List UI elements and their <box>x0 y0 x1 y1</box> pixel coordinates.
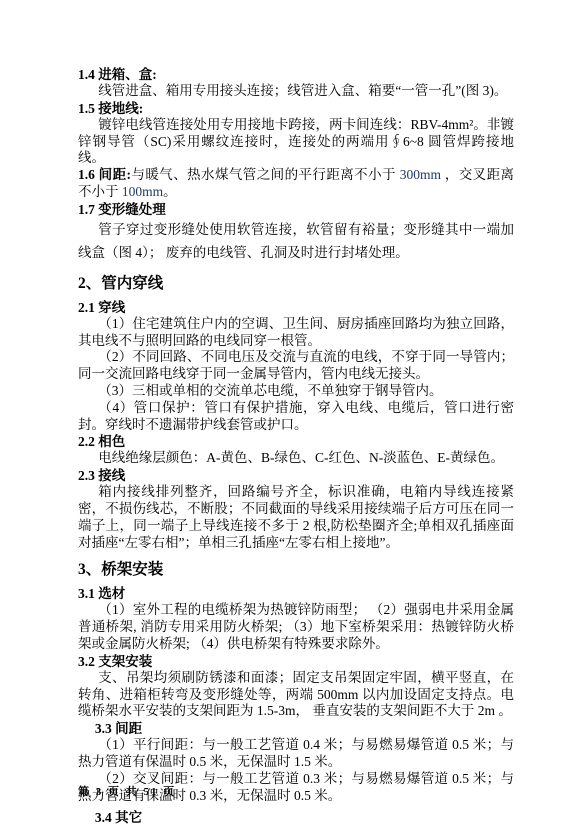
para-1-5: 镀锌电线管连接处用专用接地卡跨接，两卡间连线：RBV-4mm²。非镀锌钢导管（S… <box>78 117 514 167</box>
para-2-3: 箱内接线排列整齐，回路编号齐全，标识准确，电箱内导线连接紧密，不损伤线芯，不断股… <box>78 484 514 551</box>
para-2-1-item-4: （4）管口保护：管口有保护措施，穿入电线、电缆后，管口进行密封。穿线时不遗漏带护… <box>78 400 514 434</box>
para-1-7: 管子穿过变形缝处使用软管连接，软管留有裕量；变形缝其中一端加线盒（图 4）； 废… <box>78 218 514 265</box>
heading-2-2: 2.2 相色 <box>78 433 514 450</box>
heading-1-4: 1.4 进箱、盒: <box>78 66 514 83</box>
para-3-3-item-1: （1）平行间距：与一般工艺管道 0.4 米；与易燃易爆管道 0.5 米；与热力管… <box>78 737 514 771</box>
para-2-1-item-2: （2）不同回路、不同电压及交流与直流的电线，不穿于同一导管内；同一交流回路电线穿… <box>78 349 514 383</box>
heading-3-3: 3.3 间距 <box>78 720 514 737</box>
heading-1-5: 1.5 接地线: <box>78 100 514 117</box>
heading-3-4: 3.4 其它 <box>78 809 514 826</box>
heading-3-2: 3.2 支架安装 <box>78 653 514 670</box>
para-3-1: （1）室外工程的电缆桥架为热镀锌防雨型； （2）强弱电井采用金属普通桥架, 消防… <box>78 602 514 652</box>
value-100mm: 100mm <box>122 184 163 199</box>
para-3-2: 支、吊架均须刷防锈漆和面漆；固定支吊架固定牢固，横平竖直，在转角、进箱柜转弯及变… <box>78 670 514 720</box>
para-2-2: 电线绝缘层颜色：A-黄色、B-绿色、C-红色、N-淡蓝色、E-黄绿色。 <box>78 450 514 467</box>
label-1-6: 1.6 间距: <box>78 167 131 182</box>
heading-3: 3、桥架安装 <box>78 560 514 580</box>
para-1-4: 线管进盒、箱用专用接头连接；线管进入盒、箱要“一管一孔”(图 3)。 <box>78 83 514 100</box>
value-300mm: 300mm <box>400 167 441 182</box>
para-1-6: 1.6 间距:与暖气、热水煤气管之间的平行距离不小于 300mm ，交叉距离不小… <box>78 167 514 201</box>
para-1-6-text-3: 。 <box>163 184 177 199</box>
heading-2: 2、管内穿线 <box>78 274 514 294</box>
page-number-footer: 第 3 页 共 51 页 <box>78 785 176 799</box>
heading-2-1: 2.1 穿线 <box>78 299 514 316</box>
heading-2-3: 2.3 接线 <box>78 467 514 484</box>
heading-1-7: 1.7 变形缝处理 <box>78 201 514 218</box>
para-1-6-text-1: 与暖气、热水煤气管之间的平行距离不小于 <box>131 167 400 182</box>
document-page: 1.4 进箱、盒: 线管进盒、箱用专用接头连接；线管进入盒、箱要“一管一孔”(图… <box>0 0 586 839</box>
para-2-1-item-3: （3）三相或单相的交流单芯电缆，不单独穿于钢导管内。 <box>78 383 514 400</box>
para-2-1-item-1: （1）住宅建筑住户内的空调、卫生间、厨房插座回路均为独立回路，其电线不与照明回路… <box>78 316 514 350</box>
heading-3-1: 3.1 选材 <box>78 585 514 602</box>
